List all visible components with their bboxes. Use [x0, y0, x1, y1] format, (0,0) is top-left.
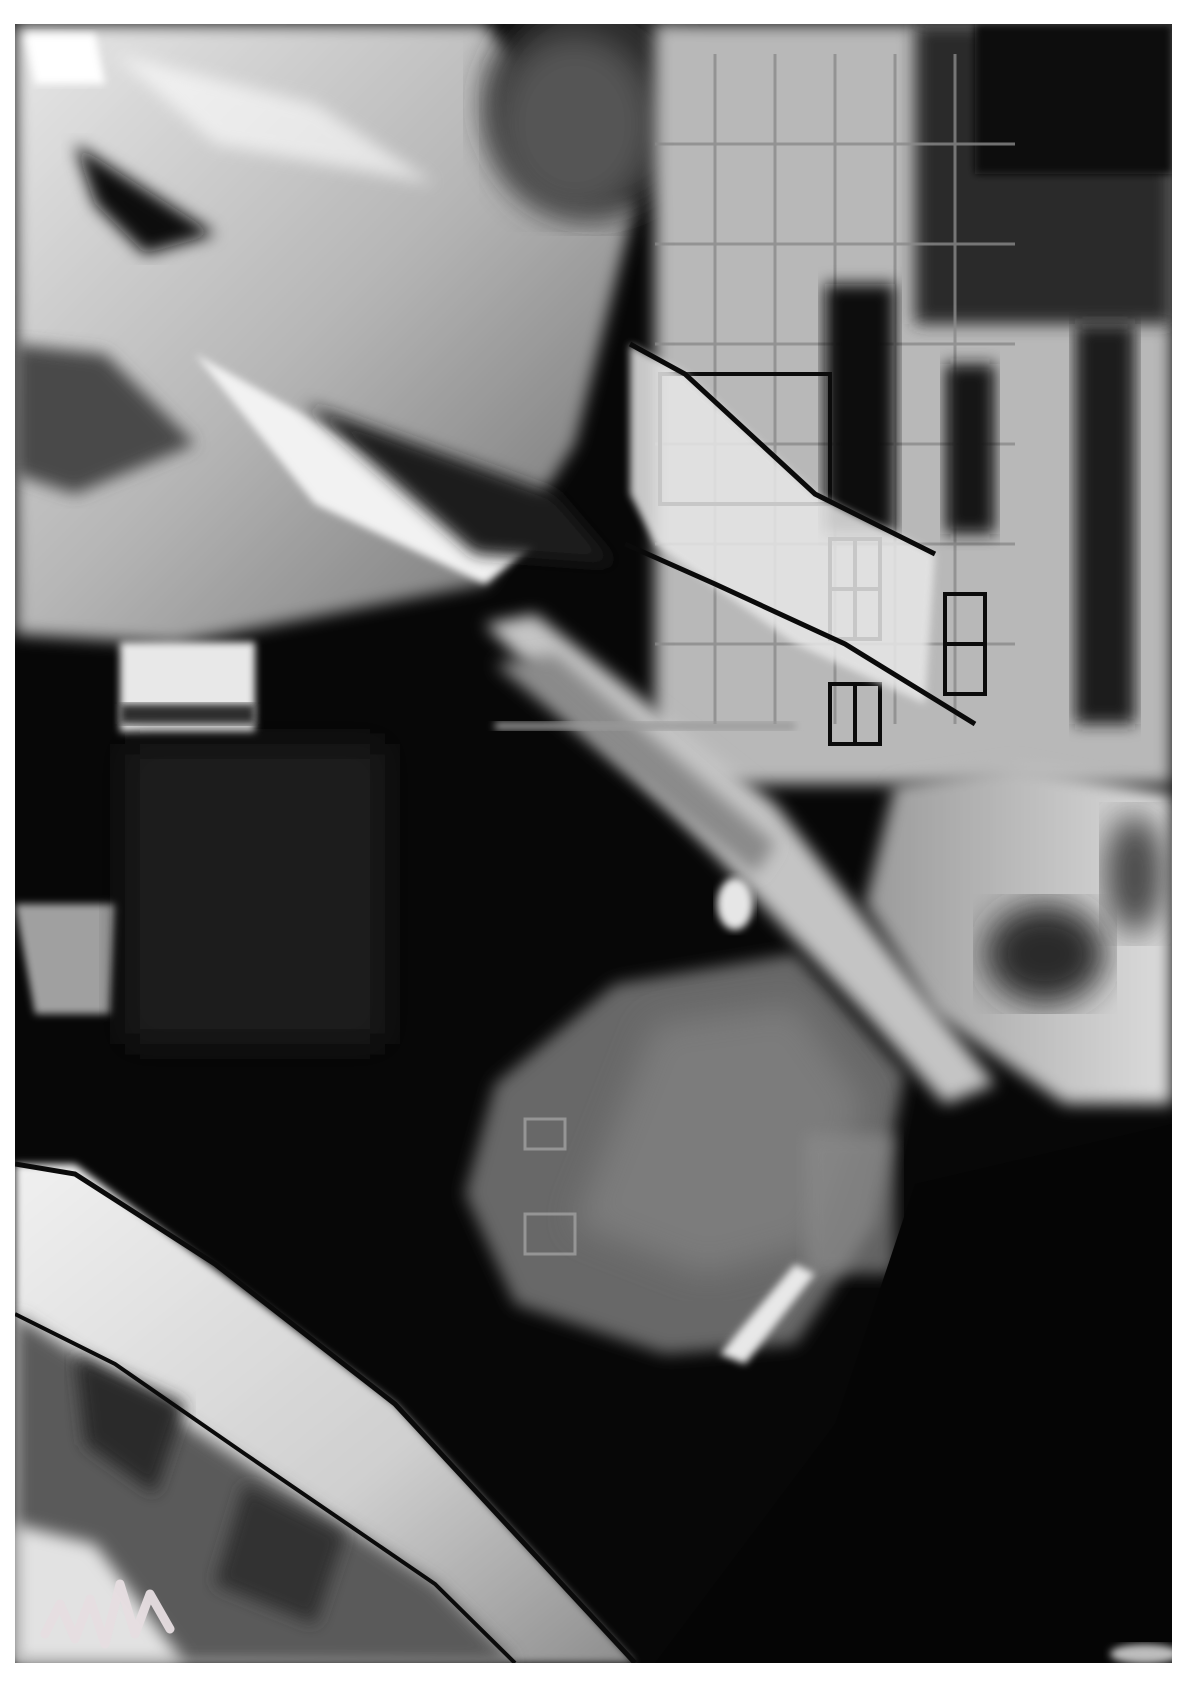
artwork-image: [15, 24, 1172, 1663]
artwork-canvas: [15, 24, 1172, 1663]
